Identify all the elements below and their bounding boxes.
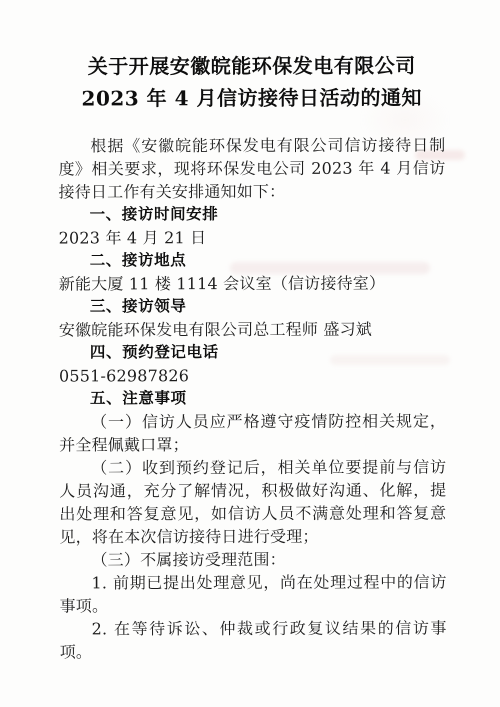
section-3-heading: 三、接访领导 <box>59 294 446 318</box>
scanned-notice-page: 关于开展安徽皖能环保发电有限公司 2023 年 4 月信访接待日活动的通知 根据… <box>0 0 500 707</box>
doc-title: 关于开展安徽皖能环保发电有限公司 2023 年 4 月信访接待日活动的通知 <box>58 49 445 114</box>
section-2-detail: 新能大厦 11 楼 1114 会议室（信访接待室） <box>59 271 446 295</box>
section-1-detail: 2023 年 4 月 21 日 <box>59 225 446 249</box>
note-paragraph-1: （一）信访人员应严格遵守疫情防控相关规定，并全程佩戴口罩； <box>59 409 446 456</box>
section-2-heading: 二、接访地点 <box>59 248 446 272</box>
note-paragraph-3: （三）不属接访受理范围： <box>59 547 446 571</box>
doc-title-line2: 2023 年 4 月信访接待日活动的通知 <box>58 81 445 114</box>
note-item-1: 1. 前期已提出处理意见，尚在处理过程中的信访事项。 <box>59 570 446 617</box>
doc-title-line1: 关于开展安徽皖能环保发电有限公司 <box>58 49 445 82</box>
section-4-detail: 0551-62987826 <box>59 363 446 387</box>
section-3-detail: 安徽皖能环保发电有限公司总工程师 盛习斌 <box>59 317 446 341</box>
section-5-heading: 五、注意事项 <box>59 386 446 410</box>
doc-body: 根据《安徽皖能环保发电有限公司信访接待日制度》相关要求，现将环保发电公司 202… <box>58 133 446 663</box>
note-paragraph-2: （二）收到预约登记后，相关单位要提前与信访人员沟通，充分了解情况，积极做好沟通、… <box>59 455 446 548</box>
note-item-2: 2. 在等待诉讼、仲裁或行政复议结果的信访事项。 <box>60 616 447 663</box>
section-1-heading: 一、接访时间安排 <box>59 202 446 226</box>
document-sheet: 关于开展安徽皖能环保发电有限公司 2023 年 4 月信访接待日活动的通知 根据… <box>0 0 500 664</box>
intro-paragraph: 根据《安徽皖能环保发电有限公司信访接待日制度》相关要求，现将环保发电公司 202… <box>58 133 445 203</box>
section-4-heading: 四、预约登记电话 <box>59 340 446 364</box>
